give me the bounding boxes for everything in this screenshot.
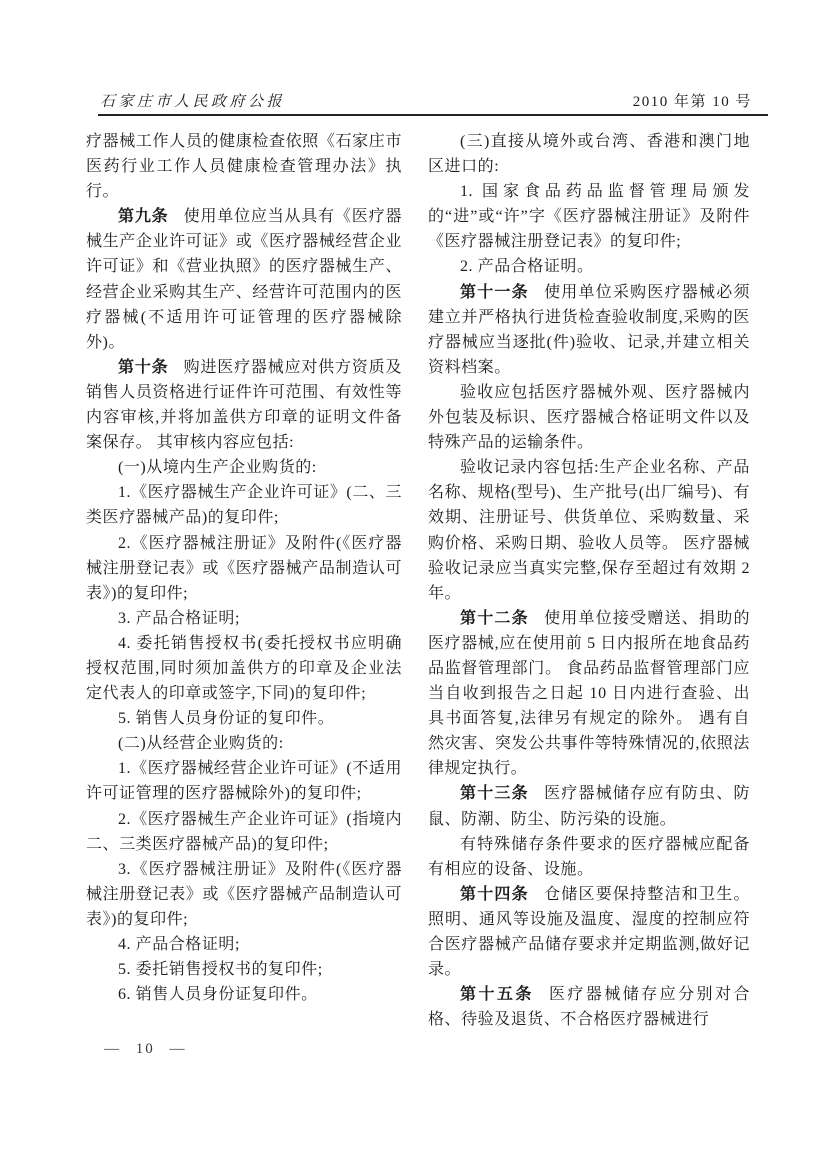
article-number: 第十二条 — [460, 610, 529, 627]
paragraph: 4. 委托销售授权书(委托授权书应明确授权范围,同时须加盖供方的印章及企业法定代… — [86, 631, 402, 706]
article-paragraph: 第十二条使用单位接受赠送、捐助的医疗器械,应在使用前 5 日内报所在地食品药品监… — [428, 606, 750, 782]
article-number: 第十三条 — [460, 785, 529, 802]
article-paragraph: 第十四条仓储区要保持整洁和卫生。 照明、通风等设施及温度、湿度的控制应符合医疗器… — [428, 882, 750, 982]
paragraph: (二)从经营企业购货的: — [86, 731, 402, 756]
article-number: 第十条 — [118, 359, 168, 376]
paragraph: 验收应包括医疗器械外观、医疗器械内外包装及标识、医疗器械合格证明文件以及特殊产品… — [428, 380, 750, 455]
article-paragraph: 第十一条使用单位采购医疗器械必须建立并严格执行进货检查验收制度,采购的医疗器械应… — [428, 280, 750, 380]
article-paragraph: 第十三条医疗器械储存应有防虫、防鼠、防潮、防尘、防污染的设施。 — [428, 781, 750, 831]
article-number: 第十五条 — [460, 986, 534, 1003]
page-number: — 10 — — [104, 1041, 187, 1058]
article-paragraph: 第十条购进医疗器械应对供方资质及销售人员资格进行证件许可范围、有效性等内容审核,… — [86, 355, 402, 455]
article-paragraph: 第九条使用单位应当从具有《医疗器械生产企业许可证》或《医疗器械经营企业许可证》和… — [86, 204, 402, 355]
paragraph: (三)直接从境外或台湾、香港和澳门地区进口的: — [428, 129, 750, 179]
paragraph: 疗器械工作人员的健康检查依照《石家庄市医药行业工作人员健康检查管理办法》执行。 — [86, 129, 402, 204]
issue-number: 2010 年第 10 号 — [633, 90, 752, 111]
page-header: 石家庄市人民政府公报 2010 年第 10 号 — [100, 90, 752, 111]
article-number: 第十四条 — [460, 886, 529, 903]
page-content: 疗器械工作人员的健康检查依照《石家庄市医药行业工作人员健康检查管理办法》执行。第… — [86, 129, 750, 1032]
paragraph: 验收记录内容包括:生产企业名称、产品名称、规格(型号)、生产批号(出厂编号)、有… — [428, 455, 750, 606]
paragraph: 1. 国家食品药品监督管理局颁发的“进”或“许”字《医疗器械注册证》及附件《医疗… — [428, 179, 750, 254]
header-rule — [98, 114, 768, 116]
paragraph: 5. 委托销售授权书的复印件; — [86, 957, 402, 982]
article-number: 第十一条 — [460, 284, 529, 301]
paragraph: 1.《医疗器械经营企业许可证》(不适用许可证管理的医疗器械除外)的复印件; — [86, 756, 402, 806]
paragraph: 1.《医疗器械生产企业许可证》(二、三类医疗器械产品)的复印件; — [86, 480, 402, 530]
right-column: (三)直接从境外或台湾、香港和澳门地区进口的:1. 国家食品药品监督管理局颁发的… — [428, 129, 750, 1032]
paragraph: 4. 产品合格证明; — [86, 932, 402, 957]
paragraph: 3.《医疗器械注册证》及附件(《医疗器械注册登记表》或《医疗器械产品制造认可表》… — [86, 857, 402, 932]
article-paragraph: 第十五条医疗器械储存应分别对合格、待验及退货、不合格医疗器械进行 — [428, 982, 750, 1032]
paragraph: 有特殊储存条件要求的医疗器械应配备有相应的设备、设施。 — [428, 832, 750, 882]
paragraph: 6. 销售人员身份证复印件。 — [86, 982, 402, 1007]
left-column: 疗器械工作人员的健康检查依照《石家庄市医药行业工作人员健康检查管理办法》执行。第… — [86, 129, 402, 1032]
paragraph: 5. 销售人员身份证的复印件。 — [86, 706, 402, 731]
paragraph: (一)从境内生产企业购货的: — [86, 455, 402, 480]
paragraph: 3. 产品合格证明; — [86, 606, 402, 631]
paragraph: 2.《医疗器械生产企业许可证》(指境内二、三类医疗器械产品)的复印件; — [86, 807, 402, 857]
paragraph: 2. 产品合格证明。 — [428, 254, 750, 279]
publication-title: 石家庄市人民政府公报 — [100, 90, 285, 111]
article-number: 第九条 — [118, 208, 168, 225]
gazette-page: 石家庄市人民政府公报 2010 年第 10 号 疗器械工作人员的健康检查依照《石… — [0, 0, 826, 1169]
paragraph: 2.《医疗器械注册证》及附件(《医疗器械注册登记表》或《医疗器械产品制造认可表》… — [86, 531, 402, 606]
